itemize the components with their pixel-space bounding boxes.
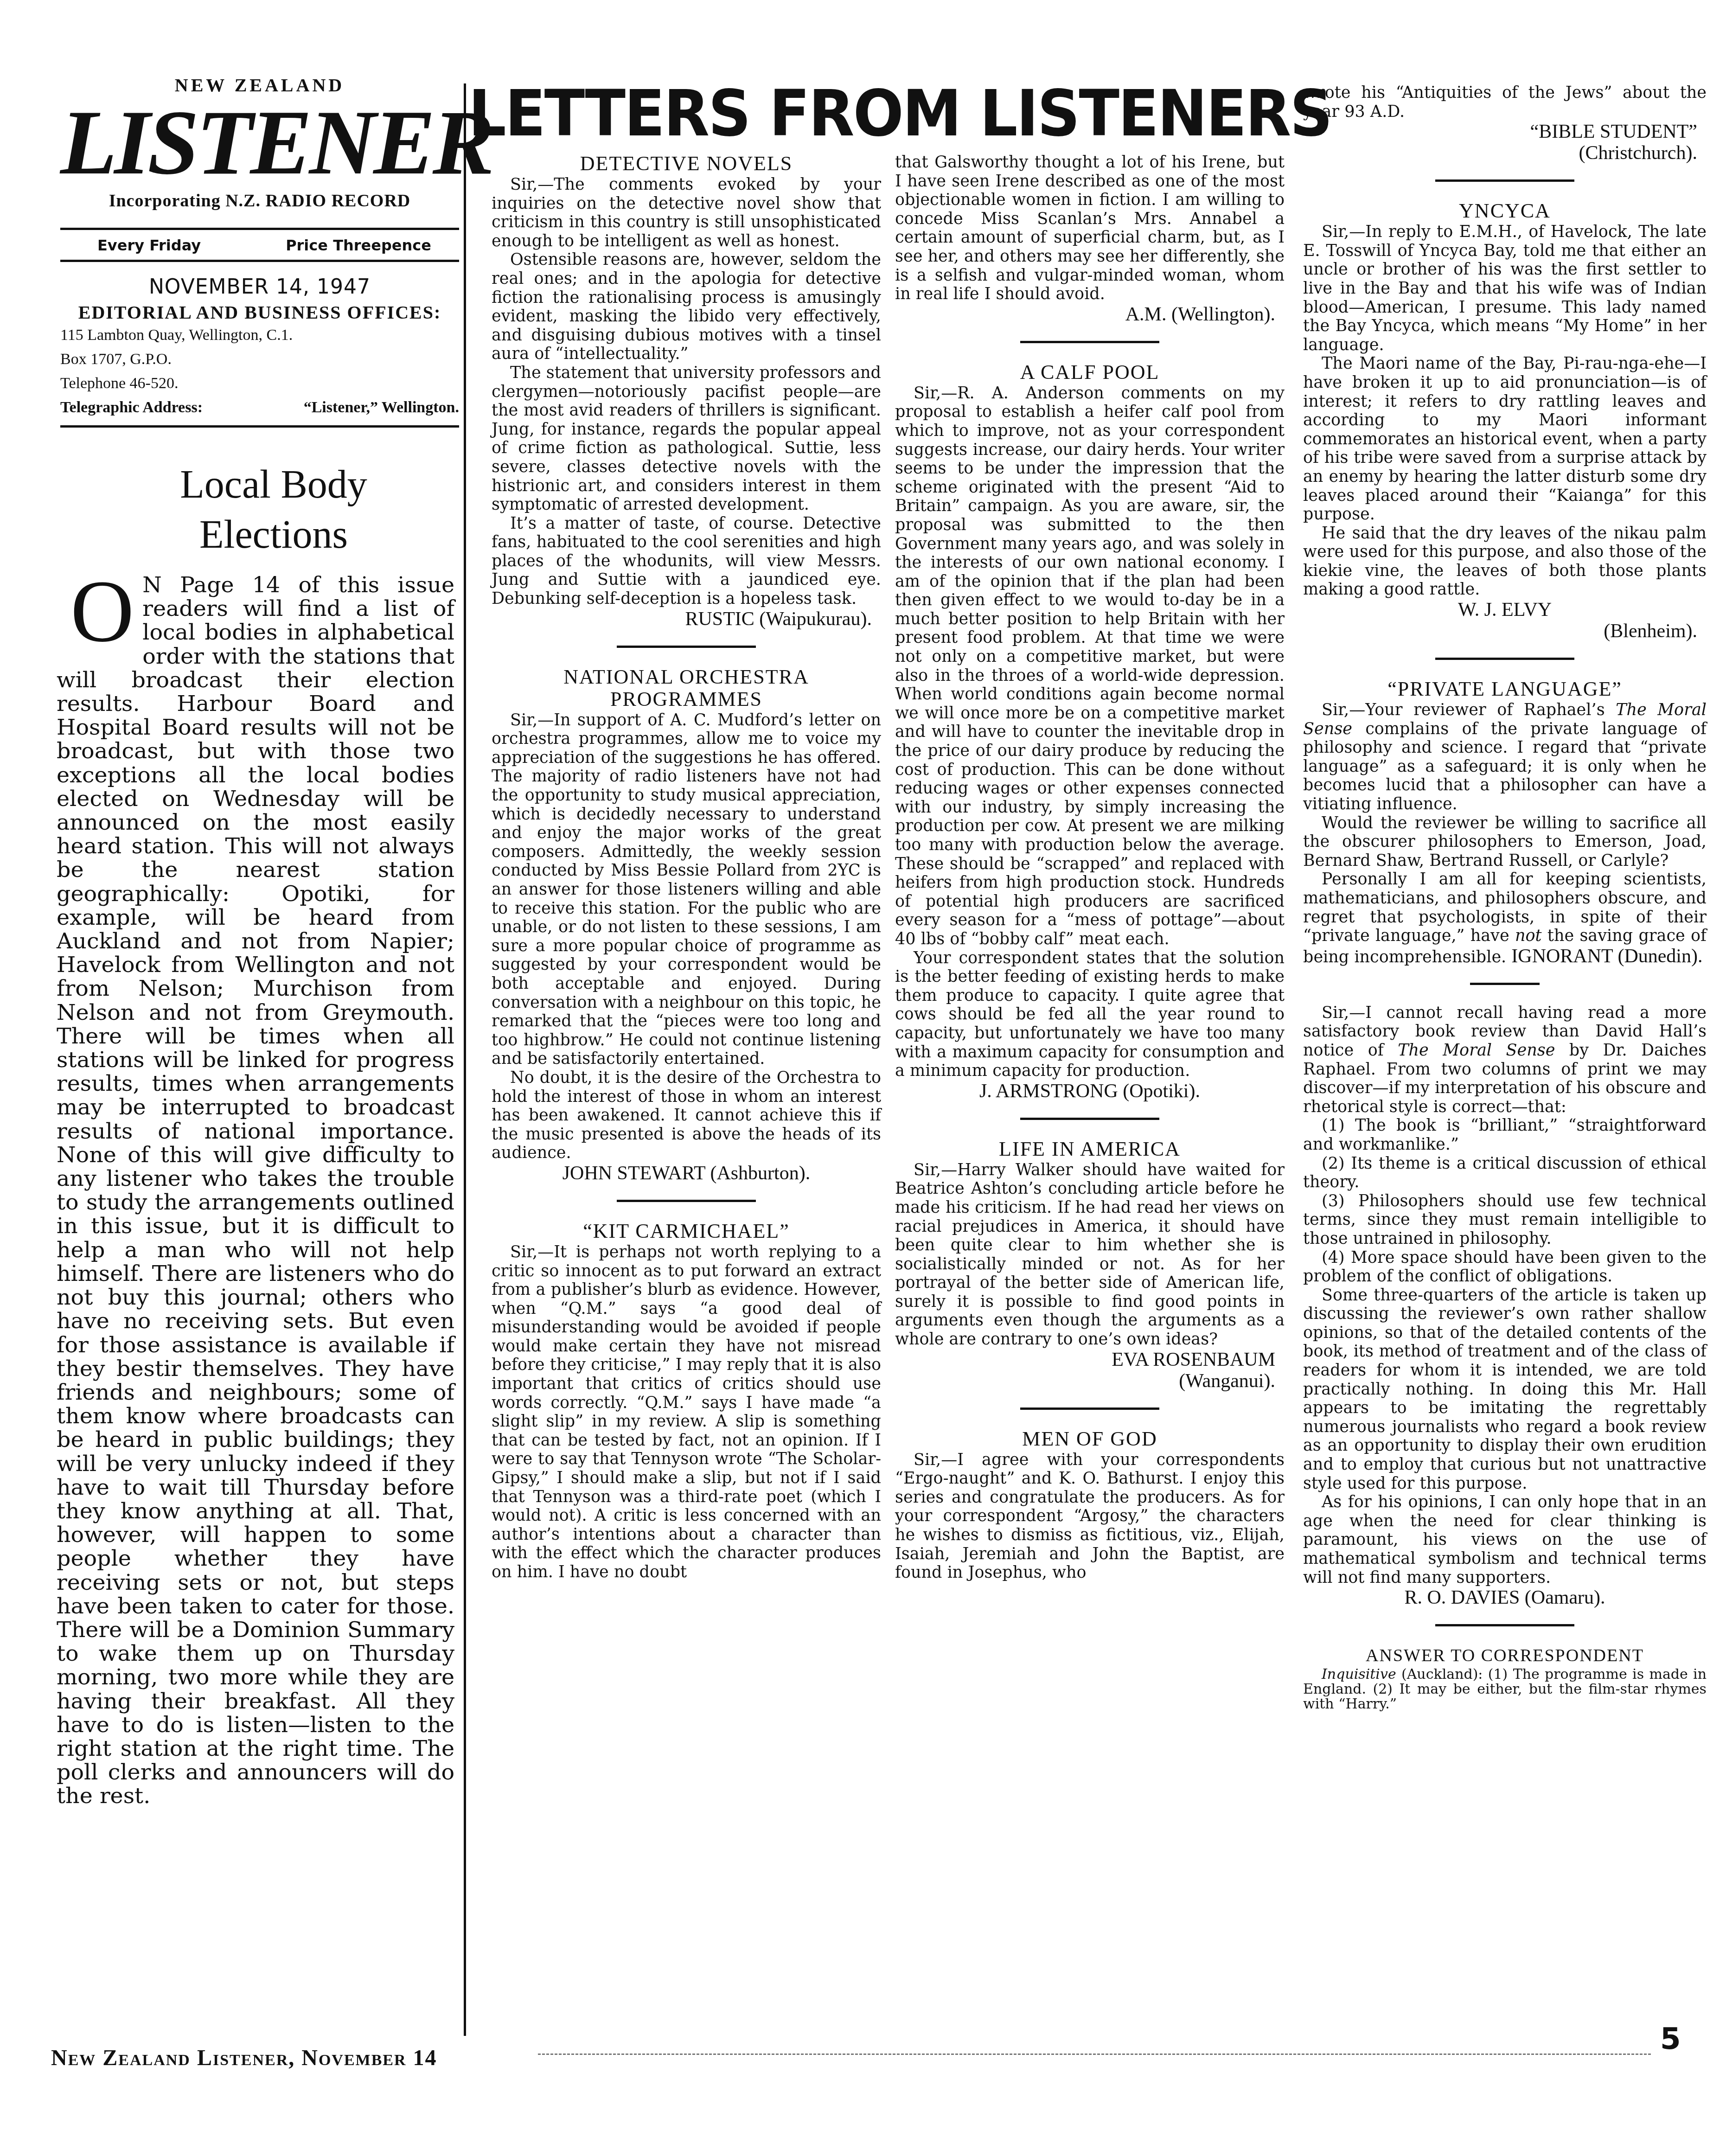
letter-paragraph: Sir,—In reply to E.M.H., of Havelock, Th… xyxy=(1303,223,1707,354)
letter-heading: PROGRAMMES xyxy=(492,689,881,710)
letter-paragraph: wrote his “Antiquities of the Jews” abou… xyxy=(1303,83,1707,121)
letter-heading: NATIONAL ORCHESTRA xyxy=(492,666,881,688)
page-headline: LETTERS FROM LISTENERS xyxy=(468,79,1232,148)
issue-date: NOVEMBER 14, 1947 xyxy=(60,275,459,299)
masthead-rule xyxy=(60,260,459,262)
address-block: 115 Lambton Quay, Wellington, C.1. Box 1… xyxy=(60,323,459,420)
letter-signature-location: (Wanganui). xyxy=(895,1370,1285,1392)
separator xyxy=(1020,341,1159,343)
letter-detective-novels: DETECTIVE NOVELS Sir,—The comments evoke… xyxy=(492,153,881,630)
letter-signature: IGNORANT (Dunedin). xyxy=(1511,946,1702,967)
letter-paragraph: Sir,—The comments evoked by your inquiri… xyxy=(492,175,881,250)
letter-paragraph: Some three-quarters of the article is ta… xyxy=(1303,1286,1707,1493)
newspaper-page: NEW ZEALAND LISTENER Incorporating N.Z. … xyxy=(0,0,1726,2156)
letter-signature: JOHN STEWART (Ashburton). xyxy=(492,1163,881,1184)
letter-paragraph: Sir,—Your reviewer of Raphael’s The Mora… xyxy=(1303,701,1707,814)
page-footer: New Zealand Listener, November 14 xyxy=(51,2045,437,2071)
letter-paragraph: Ostensible reasons are, however, seldom … xyxy=(492,250,881,364)
letter-men-of-god: MEN OF GOD Sir,—I agree with your corres… xyxy=(895,1428,1285,1582)
letter-signature-location: (Christchurch). xyxy=(1303,142,1707,164)
editorial-text: N Page 14 of this issue readers will fin… xyxy=(57,572,454,1809)
list-point: (1) The book is “brilliant,” “straightfo… xyxy=(1303,1116,1707,1154)
letter-paragraph: Sir,—In support of A. C. Mudford’s lette… xyxy=(492,711,881,1068)
telegraphic-address: Telegraphic Address: “Listener,” Welling… xyxy=(60,396,459,420)
separator xyxy=(1470,983,1540,985)
masthead-rule xyxy=(60,425,459,428)
letter-paragraph: The Maori name of the Bay, Pi-rau-nga-eh… xyxy=(1303,354,1707,524)
letter-paragraph: Your correspondent states that the solut… xyxy=(895,949,1285,1081)
letter-paragraph: It’s a matter of taste, of course. Detec… xyxy=(492,514,881,608)
letter-paragraph: Sir,—I agree with your correspondents “E… xyxy=(895,1451,1285,1582)
letter-paragraph: Personally I am all for keeping scientis… xyxy=(1303,870,1707,966)
letter-signature: J. ARMSTRONG (Opotiki). xyxy=(895,1081,1285,1102)
list-point: (3) Philosophers should use few technica… xyxy=(1303,1192,1707,1248)
address-line: Box 1707, G.P.O. xyxy=(60,347,459,371)
separator xyxy=(617,1200,756,1202)
answer-heading: ANSWER TO CORRESPONDENT xyxy=(1303,1645,1707,1666)
footer-rule xyxy=(538,2054,1651,2055)
letter-national-orchestra: NATIONAL ORCHESTRA PROGRAMMES Sir,—In su… xyxy=(492,666,881,1184)
letter-book-review: Sir,—I cannot recall having read a more … xyxy=(1303,1004,1707,1608)
letter-signature: W. J. ELVY xyxy=(1303,599,1707,621)
letter-signature: A.M. (Wellington). xyxy=(895,304,1285,325)
editorial-title: Local Body Elections xyxy=(93,459,454,559)
letter-paragraph: Sir,—R. A. Anderson comments on my propo… xyxy=(895,384,1285,949)
correspondent-name: Inquisitive xyxy=(1322,1666,1396,1683)
letter-paragraph: Would the reviewer be willing to sacrifi… xyxy=(1303,814,1707,870)
letters-column-1: DETECTIVE NOVELS Sir,—The comments evoke… xyxy=(492,153,881,1582)
letter-paragraph: Sir,—It is perhaps not worth replying to… xyxy=(492,1243,881,1582)
masthead: NEW ZEALAND LISTENER Incorporating N.Z. … xyxy=(60,74,459,428)
drop-cap: O xyxy=(70,577,134,646)
letters-column-2: that Galsworthy thought a lot of his Ire… xyxy=(895,153,1285,1582)
letter-paragraph: that Galsworthy thought a lot of his Ire… xyxy=(895,153,1285,304)
emphasis: not xyxy=(1515,927,1542,945)
letters-column-3: wrote his “Antiquities of the Jews” abou… xyxy=(1303,83,1707,1712)
separator xyxy=(1020,1407,1159,1410)
frequency: Every Friday xyxy=(97,237,201,254)
letter-life-in-america: LIFE IN AMERICA Sir,—Harry Walker should… xyxy=(895,1139,1285,1392)
letter-signature-location: (Blenheim). xyxy=(1303,621,1707,642)
masthead-info-row: Every Friday Price Threepence xyxy=(60,230,459,260)
letter-signature: EVA ROSENBAUM xyxy=(895,1349,1285,1370)
letter-signature: RUSTIC (Waipukurau). xyxy=(492,608,881,630)
letter-private-language: “PRIVATE LANGUAGE” Sir,—Your reviewer of… xyxy=(1303,678,1707,967)
telegraphic-label: Telegraphic Address: xyxy=(60,396,203,420)
letter-yncyca: YNCYCA Sir,—In reply to E.M.H., of Havel… xyxy=(1303,200,1707,642)
editorial-title-line: Elections xyxy=(93,509,454,559)
letter-signature: “BIBLE STUDENT” xyxy=(1303,121,1707,142)
answer-to-correspondent: ANSWER TO CORRESPONDENT Inquisitive (Auc… xyxy=(1303,1645,1707,1712)
letter-paragraph: Sir,—I cannot recall having read a more … xyxy=(1303,1004,1707,1117)
page-number: 5 xyxy=(1660,2022,1681,2056)
editorial: Local Body Elections O N Page 14 of this… xyxy=(51,459,454,1808)
column-gutter xyxy=(891,153,893,2031)
letter-heading: DETECTIVE NOVELS xyxy=(492,153,881,174)
letter-paragraph: No doubt, it is the desire of the Orches… xyxy=(492,1068,881,1163)
separator xyxy=(1020,1118,1159,1120)
letter-signature: R. O. DAVIES (Oamaru). xyxy=(1303,1587,1707,1608)
separator xyxy=(1435,179,1574,182)
letter-paragraph: As for his opinions, I can only hope tha… xyxy=(1303,1493,1707,1587)
telegraphic-value: “Listener,” Wellington. xyxy=(304,396,459,420)
separator xyxy=(617,646,756,648)
list-point: (2) Its theme is a critical discussion o… xyxy=(1303,1154,1707,1192)
editorial-body: O N Page 14 of this issue readers will f… xyxy=(57,573,454,1808)
letter-heading: LIFE IN AMERICA xyxy=(895,1139,1285,1160)
letter-heading: MEN OF GOD xyxy=(895,1428,1285,1450)
answer-text: Inquisitive (Auckland): (1) The programm… xyxy=(1303,1667,1707,1712)
separator xyxy=(1435,658,1574,660)
letter-heading: YNCYCA xyxy=(1303,200,1707,222)
letter-heading: “KIT CARMICHAEL” xyxy=(492,1221,881,1242)
offices-heading: EDITORIAL AND BUSINESS OFFICES: xyxy=(60,301,459,323)
telephone: Telephone 46-520. xyxy=(60,371,459,396)
editorial-title-line: Local Body xyxy=(93,459,454,509)
letter-paragraph: Sir,—Harry Walker should have waited for… xyxy=(895,1161,1285,1349)
letter-paragraph: The statement that university professors… xyxy=(492,364,881,514)
masthead-title: LISTENER xyxy=(60,99,459,187)
price: Price Threepence xyxy=(286,237,431,254)
masthead-incorporating: Incorporating N.Z. RADIO RECORD xyxy=(60,191,459,211)
letter-heading: A CALF POOL xyxy=(895,362,1285,383)
list-point: (4) More space should have been given to… xyxy=(1303,1248,1707,1286)
address-line: 115 Lambton Quay, Wellington, C.1. xyxy=(60,323,459,347)
separator xyxy=(1435,1624,1574,1626)
book-title: The Moral Sense xyxy=(1398,1041,1555,1060)
letter-paragraph: He said that the dry leaves of the nikau… xyxy=(1303,524,1707,599)
letter-kit-carmichael: “KIT CARMICHAEL” Sir,—It is perhaps not … xyxy=(492,1221,881,1582)
column-divider xyxy=(464,83,466,2036)
letter-heading: “PRIVATE LANGUAGE” xyxy=(1303,678,1707,700)
letter-calf-pool: A CALF POOL Sir,—R. A. Anderson comments… xyxy=(895,362,1285,1102)
